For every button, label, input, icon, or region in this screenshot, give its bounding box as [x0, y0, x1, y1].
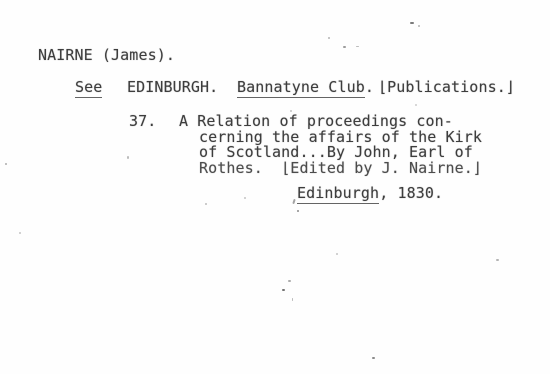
scan-speck — [288, 280, 291, 282]
scan-speck — [244, 197, 246, 199]
scan-speck — [290, 110, 292, 112]
scan-speck — [292, 199, 295, 204]
xref-sub-entry: Bannatyne Club. — [237, 80, 374, 95]
scan-speck — [282, 289, 285, 291]
xref-sub-entry-text: Bannatyne Club — [237, 78, 365, 98]
scan-speck — [418, 25, 420, 27]
heading-author: NAIRNE (James). — [38, 48, 175, 63]
imprint: Edinburgh, 1830. — [297, 186, 443, 201]
scan-speck — [292, 298, 293, 301]
scan-speck — [336, 253, 338, 255]
scan-speck — [328, 37, 330, 39]
xref-main-entry: EDINBURGH. — [127, 80, 218, 95]
xref-publications-note: ⌊Publications.⌋ — [378, 80, 515, 95]
imprint-suffix: , 1830. — [379, 184, 443, 202]
item-title-line-4: Rothes. ⌊Edited by J. Nairne.⌋ — [199, 161, 482, 176]
see-label: See — [75, 80, 102, 95]
scan-speck — [205, 203, 207, 205]
scan-speck — [496, 259, 499, 261]
scan-speck — [356, 46, 359, 47]
scan-speck — [127, 156, 129, 159]
item-title-line-1: A Relation of proceedings con- — [179, 114, 453, 129]
see-label-text: See — [75, 78, 102, 98]
item-title-line-3: of Scotland...By John, Earl of — [199, 145, 473, 160]
xref-sub-entry-period: . — [365, 78, 374, 96]
scan-speck — [415, 104, 417, 106]
scan-speck — [5, 163, 7, 165]
scan-speck — [410, 22, 414, 24]
scan-speck — [19, 232, 21, 234]
imprint-place: Edinburgh — [297, 184, 379, 204]
scan-speck — [297, 210, 299, 212]
catalog-card: NAIRNE (James). See EDINBURGH. Bannatyne… — [0, 0, 550, 374]
item-number: 37. — [129, 114, 156, 129]
scan-speck — [343, 46, 346, 48]
scan-speck — [372, 357, 375, 359]
